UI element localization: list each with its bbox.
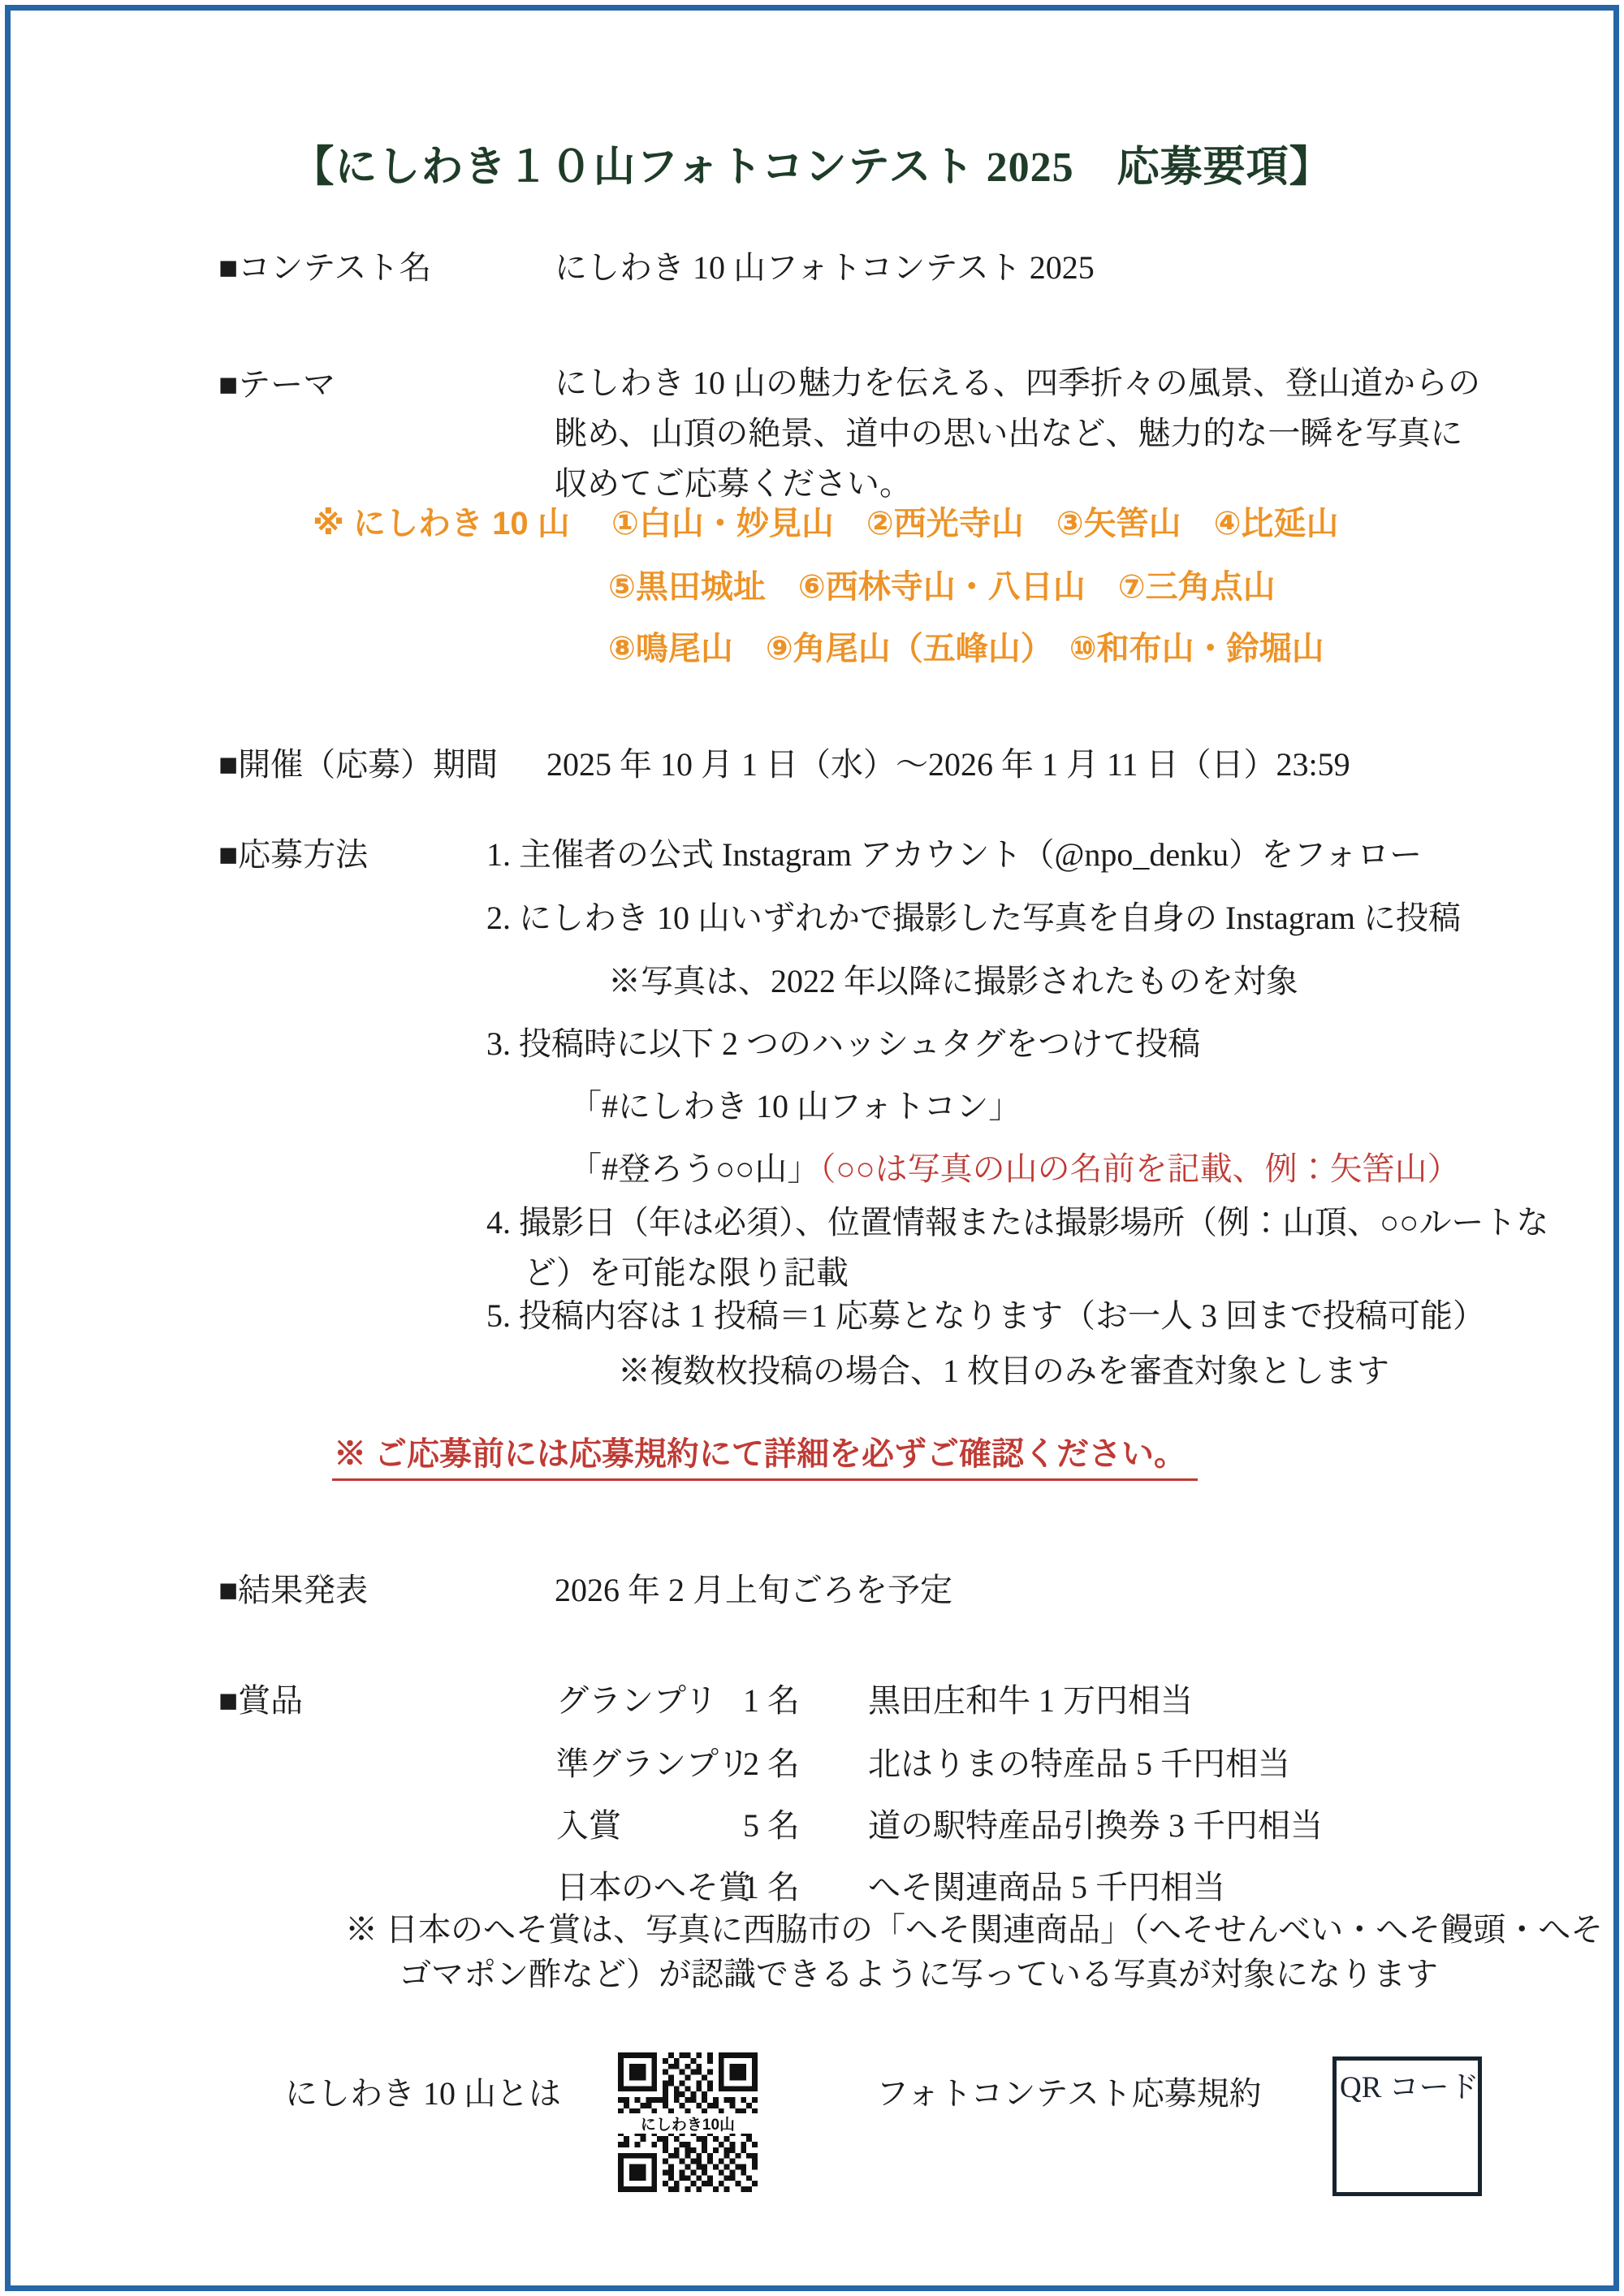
- apply-hashtag-1: 「#にしわき 10 山フォトコン」: [569, 1087, 1021, 1126]
- apply-hashtag-2-line: 「#登ろう○○山」（○○は写真の山の名前を記載、例：矢筈山）: [569, 1150, 1460, 1189]
- prize-rank: グランプリ: [556, 1681, 717, 1720]
- prize-item: 道の駅特産品引換券 3 千円相当: [868, 1806, 1323, 1845]
- warning-row: ※ ご応募前には応募規約にて詳細を必ずご確認ください。: [332, 1435, 1198, 1474]
- prize-winners: 1 名: [743, 1681, 800, 1720]
- prize-rank: 日本のへそ賞: [556, 1868, 751, 1907]
- prizes-note: ※ 日本のへそ賞は、写真に西脇市の「へそ関連商品」（へそせんべい・へそ饅頭・へそ…: [345, 1907, 1617, 1996]
- prize-item: 黒田庄和牛 1 万円相当: [868, 1681, 1193, 1720]
- results-value: 2026 年 2 月上旬ごろを予定: [555, 1571, 952, 1610]
- prizes-label: ■賞品: [218, 1681, 303, 1720]
- prize-rank: 準グランプリ: [556, 1745, 749, 1784]
- qr-code-placeholder-box: QR コード: [1332, 2056, 1482, 2196]
- page-title: 【にしわき１０山フォトコンテスト 2025 応募要項】: [11, 132, 1613, 193]
- theme-text: にしわき 10 山の魅力を伝える、四季折々の風景、登山道からの眺め、山頂の絶景、…: [555, 358, 1488, 509]
- apply-label: ■応募方法: [218, 835, 368, 874]
- qr1-label: にしわき 10 山とは: [285, 2074, 561, 2113]
- qr-code-caption: にしわき10山: [618, 2113, 758, 2134]
- warning-text: ※ ご応募前には応募規約にて詳細を必ずご確認ください。: [332, 1435, 1198, 1481]
- apply-step-2: 2. にしわき 10 山いずれかで撮影した写真を自身の Instagram に投…: [486, 899, 1461, 938]
- apply-hashtag-2: 「#登ろう○○山」: [569, 1150, 819, 1187]
- apply-step-4: 4. 撮影日（年は必須）、位置情報または撮影場所（例：山頂、○○ルートなど）を可…: [486, 1198, 1563, 1298]
- apply-step-3: 3. 投稿時に以下 2 つのハッシュタグをつけて投稿: [486, 1025, 1200, 1064]
- qr-code-placeholder-label: QR コード: [1340, 2062, 1479, 2106]
- theme-label: ■テーマ: [218, 365, 335, 404]
- document-page: 【にしわき１０山フォトコンテスト 2025 応募要項】 ■コンテスト名 にしわき…: [5, 5, 1619, 2291]
- contest-name-value: にしわき 10 山フォトコンテスト 2025: [555, 248, 1095, 287]
- qr-code-image: にしわき10山: [618, 2050, 758, 2195]
- prize-winners: 2 名: [743, 1745, 800, 1784]
- prize-item: 北はりまの特産品 5 千円相当: [868, 1745, 1290, 1784]
- prize-item: へそ関連商品 5 千円相当: [868, 1868, 1225, 1907]
- prize-winners: 5 名: [743, 1806, 800, 1845]
- apply-step-5-note: ※複数枚投稿の場合、1 枚目のみを審査対象とします: [618, 1352, 1389, 1391]
- mountains-row2: ⑤黒田城址 ⑥西林寺山・八日山 ⑦三角点山: [608, 568, 1276, 606]
- mountains-row1: ①白山・妙見山 ②西光寺山 ③矢筈山 ④比延山: [611, 504, 1338, 543]
- results-label: ■結果発表: [218, 1571, 368, 1610]
- apply-hashtag-2-note: （○○は写真の山の名前を記載、例：矢筈山）: [819, 1150, 1459, 1187]
- qr2-label: フォトコンテスト応募規約: [876, 2074, 1262, 2113]
- prize-winners: 1 名: [743, 1868, 800, 1907]
- mountains-row3: ⑧鳴尾山 ⑨角尾山（五峰山） ⑩和布山・鈴堀山: [608, 629, 1324, 668]
- contest-name-label: ■コンテスト名: [218, 248, 432, 287]
- period-value: 2025 年 10 月 1 日（水）～2026 年 1 月 11 日（日）23:…: [546, 745, 1350, 784]
- apply-step-1: 1. 主催者の公式 Instagram アカウント（@npo_denku）をフォ…: [486, 835, 1422, 874]
- period-label: ■開催（応募）期間: [218, 745, 498, 784]
- apply-step-2-note: ※写真は、2022 年以降に撮影されたものを対象: [608, 962, 1298, 1001]
- mountains-prefix: ※ にしわき 10 山: [313, 504, 570, 543]
- apply-step-5: 5. 投稿内容は 1 投稿＝1 応募となります（お一人 3 回まで投稿可能）: [486, 1297, 1485, 1336]
- prize-rank: 入賞: [556, 1806, 621, 1845]
